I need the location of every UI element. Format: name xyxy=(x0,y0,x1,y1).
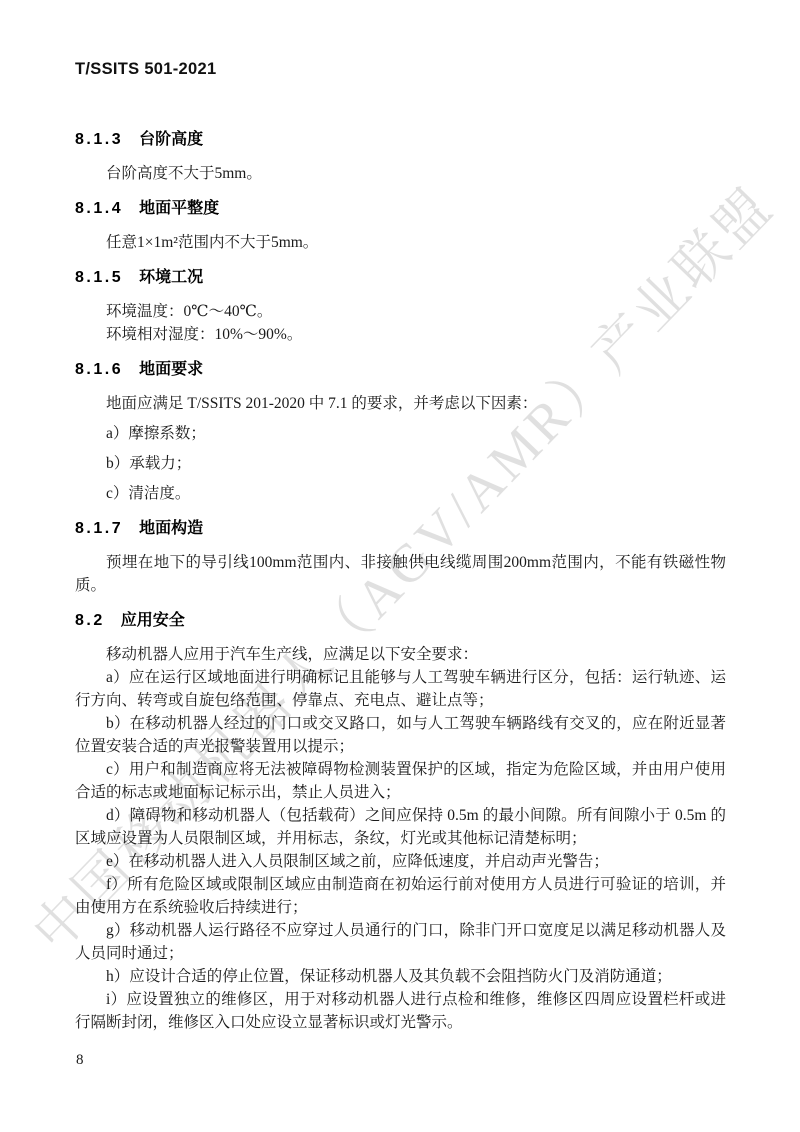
paragraph: g）移动机器人运行路径不应穿过人员通行的门口，除非门开口宽度足以满足移动机器人及… xyxy=(75,919,726,965)
paragraph: 预埋在地下的导引线100mm范围内、非接触供电线缆周围200mm范围内，不能有铁… xyxy=(75,551,726,597)
list-item: a）摩擦系数； xyxy=(75,422,726,445)
paragraph: 台阶高度不大于5mm。 xyxy=(75,162,726,185)
paragraph: a）应在运行区域地面进行明确标记且能够与人工驾驶车辆进行区分，包括：运行轨迹、运… xyxy=(75,666,726,712)
paragraph: 移动机器人应用于汽车生产线，应满足以下安全要求： xyxy=(75,643,726,666)
section-heading: 8.1.6地面要求 xyxy=(75,358,726,381)
paragraph: e）在移动机器人进入人员限制区域之前，应降低速度，并启动声光警告； xyxy=(75,850,726,873)
document-header: T/SSITS 501-2021 xyxy=(75,60,216,79)
section-number: 8.1.5 xyxy=(75,269,123,286)
paragraph: 地面应满足 T/SSITS 201-2020 中 7.1 的要求，并考虑以下因素… xyxy=(75,392,726,415)
document-page: 中国移动机器人（AGV/AMR）产业联盟 T/SSITS 501-2021 8.… xyxy=(0,0,800,1132)
standard-number: T/SSITS 501-2021 xyxy=(75,60,216,78)
list-item: b）承载力； xyxy=(75,452,726,475)
paragraph: b）在移动机器人经过的门口或交叉路口，如与人工驾驶车辆路线有交叉的，应在附近显著… xyxy=(75,712,726,758)
section-heading: 8.1.7地面构造 xyxy=(75,517,726,540)
paragraph: f）所有危险区域或限制区域应由制造商在初始运行前对使用方人员进行可验证的培训，并… xyxy=(75,873,726,919)
section-number: 8.1.3 xyxy=(75,131,123,148)
paragraph: i）应设置独立的维修区，用于对移动机器人进行点检和维修，维修区四周应设置栏杆或进… xyxy=(75,988,726,1034)
list-item: c）清洁度。 xyxy=(75,482,726,505)
paragraph: c）用户和制造商应将无法被障碍物检测装置保护的区域，指定为危险区域，并由用户使用… xyxy=(75,758,726,804)
paragraph: d）障碍物和移动机器人（包括载荷）之间应保持 0.5m 的最小间隙。所有间隙小于… xyxy=(75,804,726,850)
section-number: 8.2 xyxy=(75,612,105,629)
section-title: 应用安全 xyxy=(121,612,185,629)
section-heading: 8.1.5环境工况 xyxy=(75,266,726,289)
paragraph: 环境相对湿度：10%～90%。 xyxy=(75,323,726,346)
page-number: 8 xyxy=(76,1052,84,1069)
document-body: 8.1.3台阶高度台阶高度不大于5mm。8.1.4地面平整度任意1×1m²范围内… xyxy=(75,128,726,1034)
section-title: 台阶高度 xyxy=(139,131,203,148)
paragraph: 任意1×1m²范围内不大于5mm。 xyxy=(75,231,726,254)
section-title: 环境工况 xyxy=(139,269,203,286)
section-heading: 8.2应用安全 xyxy=(75,609,726,632)
section-title: 地面要求 xyxy=(139,361,203,378)
section-heading: 8.1.3台阶高度 xyxy=(75,128,726,151)
section-number: 8.1.6 xyxy=(75,361,123,378)
section-title: 地面平整度 xyxy=(139,200,219,217)
paragraph: 环境温度：0℃～40℃。 xyxy=(75,300,726,323)
paragraph: h）应设计合适的停止位置，保证移动机器人及其负载不会阻挡防火门及消防通道； xyxy=(75,965,726,988)
section-heading: 8.1.4地面平整度 xyxy=(75,197,726,220)
section-title: 地面构造 xyxy=(139,520,203,537)
section-number: 8.1.7 xyxy=(75,520,123,537)
section-number: 8.1.4 xyxy=(75,200,123,217)
